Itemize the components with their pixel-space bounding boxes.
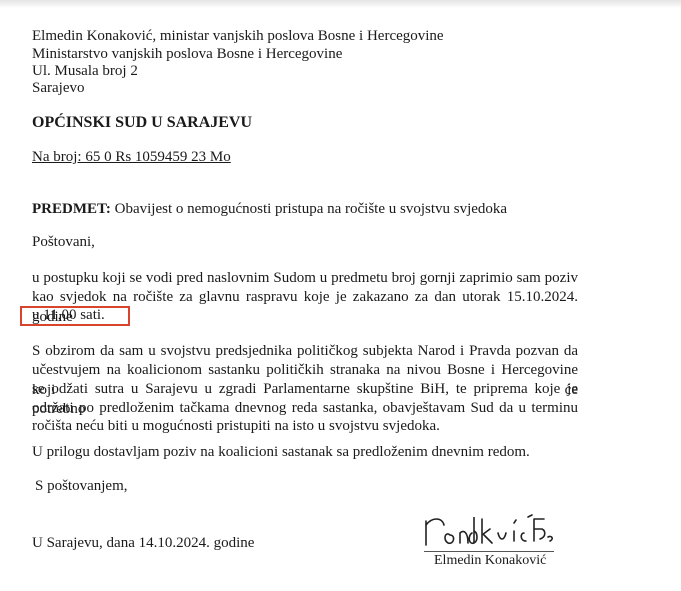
paragraph-2-line-1: S obzirom da sam u svojstvu predsjednika… (32, 342, 578, 362)
closing-salutation: S poštovanjem, (35, 478, 128, 495)
sender-ministry: Ministarstvo vanjskih poslova Bosne i He… (32, 46, 342, 63)
paragraph-2-line-4: održati po predloženim tačkama dnevnog r… (32, 399, 578, 419)
case-reference: Na broj: 65 0 Rs 1059459 23 Mo (32, 149, 231, 166)
paragraph-1-line-1: u postupku koji se vodi pred naslovnim S… (32, 269, 578, 289)
page-top-shadow (0, 0, 681, 8)
greeting: Poštovani, (32, 234, 95, 251)
subject-line: PREDMET: Obavijest o nemogućnosti pristu… (32, 201, 507, 218)
subject-text: Obavijest o nemogućnosti pristupa na roč… (111, 201, 507, 217)
attachment-note: U prilogu dostavljam poziv na koalicioni… (32, 444, 530, 461)
sender-name-title: Elmedin Konaković, ministar vanjskih pos… (32, 28, 444, 45)
subject-label: PREDMET: (32, 201, 111, 217)
handwritten-signature-icon (420, 511, 560, 553)
paragraph-2-line-5: ročišta neću biti u mogućnosti pristupit… (32, 418, 440, 435)
sender-street: Ul. Musala broj 2 (32, 63, 138, 80)
highlight-annotation-box (20, 306, 130, 326)
sender-city: Sarajevo (32, 80, 84, 97)
recipient-court: OPĆINSKI SUD U SARAJEVU (32, 114, 252, 131)
place-and-date: U Sarajevu, dana 14.10.2024. godine (32, 535, 254, 552)
signatory-name: Elmedin Konaković (434, 552, 546, 569)
